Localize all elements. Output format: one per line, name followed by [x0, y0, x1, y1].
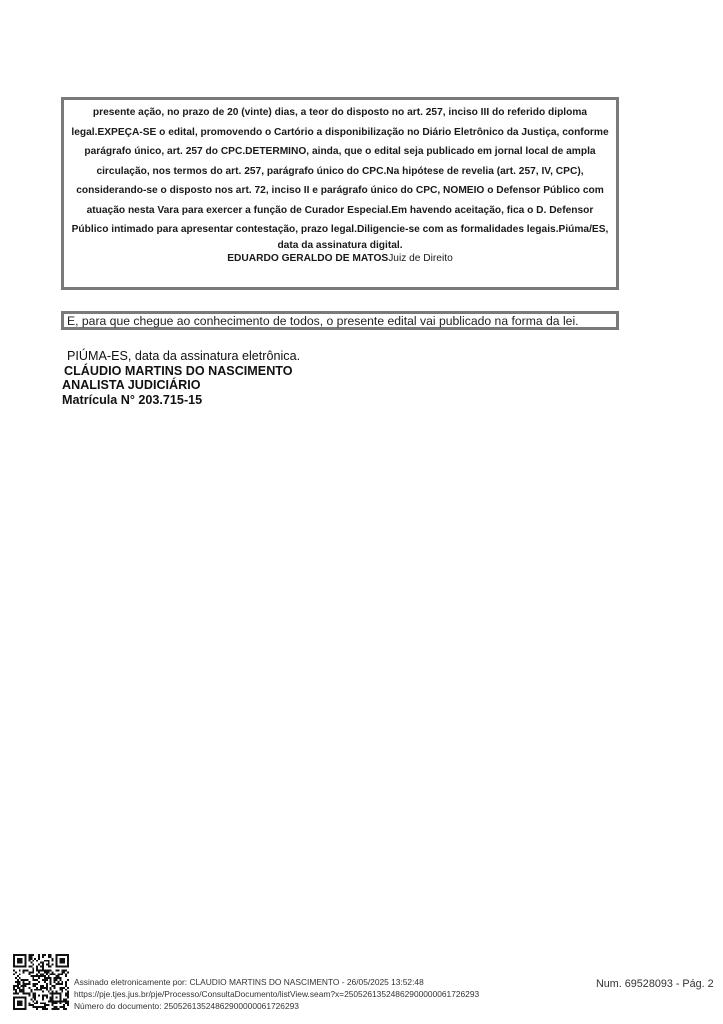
- decision-text: o edital, promovendo o Cartório a dispon…: [156, 127, 608, 138]
- page-reference: Num. 69528093 - Pág. 2: [596, 978, 714, 990]
- judge-signature-line: EDUARDO GERALDO DE MATOSJuiz de Direito: [68, 252, 612, 265]
- emphasized-text: CPC: [362, 166, 384, 177]
- decision-text: Público intimado para apresentar contest…: [72, 224, 609, 235]
- decision-text: o Defensor Público com: [484, 185, 603, 196]
- emphasized-text: EXPEÇA-SE: [97, 127, 156, 138]
- emphasized-text: NOMEIO: [443, 185, 484, 196]
- decision-text-box: presente ação, no prazo de 20 (vinte) di…: [61, 97, 619, 290]
- decision-line: parágrafo único, art. 257 do CPC.DETERMI…: [68, 142, 612, 162]
- decision-line: presente ação, no prazo de 20 (vinte) di…: [68, 103, 612, 123]
- emphasized-text: CPC: [416, 185, 438, 196]
- decision-text: circulação, nos termos do art. 257, pará…: [96, 166, 362, 177]
- closing-statement: E, para que chegue ao conhecimento de to…: [67, 314, 579, 328]
- city-date-line: PIÚMA-ES, data da assinatura eletrônica.: [62, 349, 300, 364]
- decision-text: atuação nesta Vara para exercer a função…: [87, 205, 594, 216]
- signed-by-line: Assinado eletronicamente por: CLAUDIO MA…: [74, 976, 479, 988]
- decision-text: .Na hipótese de revelia (art. 257, IV,: [383, 166, 555, 177]
- emphasized-text: CPC.DETERMINO: [221, 146, 306, 157]
- decision-text: ),: [577, 166, 583, 177]
- closing-statement-box: E, para que chegue ao conhecimento de to…: [61, 311, 619, 330]
- footer-signature-info: Assinado eletronicamente por: CLAUDIO MA…: [74, 976, 479, 1013]
- signer-role: ANALISTA JUDICIÁRIO: [62, 378, 300, 393]
- decision-text: considerando-se o disposto nos art. 72, …: [76, 185, 416, 196]
- emphasized-text: CPC: [556, 166, 578, 177]
- document-url[interactable]: https://pje.tjes.jus.br/pje/Processo/Con…: [74, 988, 479, 1000]
- decision-text: presente ação, no prazo de 20 (vinte) di…: [93, 107, 587, 118]
- decision-line: Público intimado para apresentar contest…: [68, 220, 612, 240]
- qr-code-icon: [13, 954, 69, 1010]
- signer-registration: Matrícula N° 203.715-15: [62, 393, 300, 408]
- signature-block: PIÚMA-ES, data da assinatura eletrônica.…: [62, 349, 300, 407]
- judge-name: EDUARDO GERALDO DE MATOS: [227, 253, 388, 264]
- decision-paragraph: presente ação, no prazo de 20 (vinte) di…: [68, 103, 612, 240]
- judge-title: Juiz de Direito: [388, 253, 453, 264]
- decision-line: legal.EXPEÇA-SE o edital, promovendo o C…: [68, 123, 612, 143]
- decision-line: circulação, nos termos do art. 257, pará…: [68, 162, 612, 182]
- decision-text: , ainda, que o edital seja publicado em …: [306, 146, 595, 157]
- decision-line: atuação nesta Vara para exercer a função…: [68, 201, 612, 221]
- decision-date-line: data da assinatura digital.: [68, 240, 612, 252]
- decision-text: legal.: [71, 127, 97, 138]
- document-number: Número do documento: 2505261352486290000…: [74, 1000, 479, 1012]
- decision-text: parágrafo único, art. 257 do: [84, 146, 220, 157]
- decision-line: considerando-se o disposto nos art. 72, …: [68, 181, 612, 201]
- signer-name: CLÁUDIO MARTINS DO NASCIMENTO: [62, 364, 300, 379]
